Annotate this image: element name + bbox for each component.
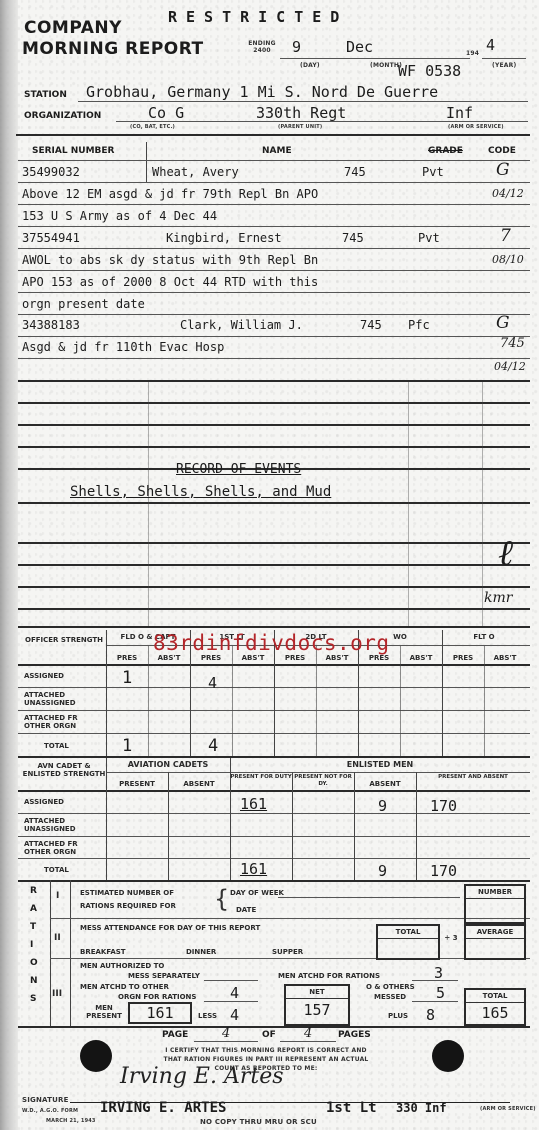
em-assigned-present-for-duty: 161 — [240, 795, 267, 813]
classification-stamp: RESTRICTED — [168, 8, 348, 26]
section-i-label-2: RATIONS REQUIRED FOR — [80, 902, 176, 910]
others-messed-value: 5 — [436, 984, 445, 1002]
date-underline — [280, 58, 470, 59]
initials-flourish: ℓ — [498, 536, 513, 572]
group-aviation-cadets: AVIATION CADETS — [106, 761, 230, 769]
col-present-and-absent: PRESENT AND ABSENT — [416, 774, 530, 781]
header-divider — [16, 134, 530, 136]
em-total-present-for-duty: 161 — [240, 860, 267, 878]
average-box: AVERAGE — [464, 924, 526, 960]
website-watermark: 83rdinfdivdocs.org — [153, 631, 390, 655]
atchd-other-label-1: MEN ATCHD TO OTHER — [80, 983, 169, 991]
organization-label: ORGANIZATION — [24, 111, 101, 121]
service-caption: (ARM OR SERVICE) — [480, 1106, 536, 1112]
rations-side-label: R A T I O N S — [30, 886, 42, 1004]
page-number: 4 — [222, 1026, 230, 1041]
col-header-serial: SERIAL NUMBER — [32, 146, 114, 156]
fld-capt-assigned-pres: 1 — [122, 668, 132, 688]
rule-line — [18, 160, 530, 161]
entry-remark: APO 153 as of 2000 8 Oct 44 RTD with thi… — [22, 275, 318, 289]
sub-pres: PRES — [106, 654, 148, 662]
rule-line — [18, 424, 530, 426]
report-day: 9 — [292, 38, 301, 56]
station-underline — [78, 101, 528, 102]
row-label-assigned: ASSIGNED — [24, 798, 64, 806]
officer-strength-title: OFFICER STRENGTH — [22, 636, 106, 644]
total-box: TOTAL — [376, 924, 440, 960]
col-present: PRESENT — [106, 780, 168, 788]
entry-name: Clark, William J. — [180, 318, 303, 332]
net-value: 157 — [286, 999, 348, 1021]
day-caption: (DAY) — [300, 62, 320, 69]
breakfast-label: BREAKFAST — [80, 948, 126, 956]
others-messed-label-2: MESSED — [374, 993, 406, 1001]
rule-line — [18, 314, 530, 315]
rule-line — [18, 402, 530, 404]
rule-line — [18, 248, 530, 249]
rule-line — [18, 204, 530, 205]
morning-report-page: COMPANY MORNING REPORT RESTRICTED ENDING… — [0, 0, 539, 1130]
number-label: NUMBER — [466, 886, 524, 899]
signer-name: IRVING E. ARTES — [100, 1100, 226, 1116]
entry-remark: Above 12 EM asgd & jd fr 79th Repl Bn AP… — [22, 187, 318, 201]
entry-grade: Pvt — [422, 165, 444, 179]
pages-label: PAGES — [338, 1030, 371, 1040]
plus-label: PLUS — [388, 1012, 408, 1020]
org-caption-parent: (PARENT UNIT) — [278, 124, 322, 130]
col-present-for-duty: PRESENT FOR DUTY — [230, 774, 292, 781]
rule-line — [18, 292, 530, 293]
page-label: PAGE — [162, 1030, 188, 1040]
mess-attendance-label: MESS ATTENDANCE FOR DAY OF THIS REPORT — [80, 924, 260, 932]
men-present-label: MEN PRESENT — [84, 1004, 124, 1020]
sub-abst: ABS'T — [400, 654, 442, 662]
entry-mos: 745 — [344, 165, 366, 179]
org-arm: Inf — [446, 104, 473, 122]
men-present-box: 161 — [128, 1002, 192, 1024]
date-label: DATE — [236, 906, 256, 914]
auth-separately-label-1: MEN AUTHORIZED TO — [80, 962, 164, 970]
entry-grade: Pvt — [418, 231, 440, 245]
row-label-total: TOTAL — [44, 866, 69, 874]
entry-name: Kingbird, Ernest — [166, 231, 282, 245]
entry-code: 04/12 — [492, 187, 524, 200]
entry-remark: AWOL to abs sk dy status with 9th Repl B… — [22, 253, 318, 267]
entry-serial: 34388183 — [22, 318, 80, 332]
page-total: 4 — [304, 1026, 312, 1041]
sub-abst: ABS'T — [148, 654, 190, 662]
net-label: NET — [286, 986, 348, 999]
certify-line-2: THAT RATION FIGURES IN PART III REPRESEN… — [144, 1056, 388, 1063]
entry-mos: 745 — [360, 318, 382, 332]
section-i-numeral: I — [56, 892, 59, 900]
sub-pres: PRES — [190, 654, 232, 662]
record-of-events-heading: RECORD OF EVENTS — [176, 462, 301, 477]
file-code: WF 0538 — [398, 62, 461, 80]
entry-name: Wheat, Avery — [152, 165, 239, 179]
entry-serial: 37554941 — [22, 231, 80, 245]
less-value: 4 — [230, 1006, 239, 1024]
col-header-name: NAME — [262, 146, 292, 156]
sub-pres: PRES — [442, 654, 484, 662]
rule-line — [18, 182, 530, 183]
station-value: Grobhau, Germany 1 Mi S. Nord De Guerre — [86, 83, 438, 101]
col-header-grade: GRADE — [428, 146, 463, 156]
year-caption: (YEAR) — [492, 62, 516, 69]
entry-code: 08/10 — [492, 253, 524, 266]
row-label-attached-other: ATTACHED FR OTHER ORGN — [24, 840, 100, 856]
entry-serial: 35499032 — [22, 165, 80, 179]
entry-code: 04/12 — [494, 360, 526, 373]
em-assigned-absent: 9 — [378, 797, 387, 815]
row-label-assigned: ASSIGNED — [24, 672, 64, 680]
scan-edge-shadow — [0, 0, 18, 1130]
column-guide — [408, 382, 409, 626]
em-total-present-and-absent: 170 — [430, 862, 457, 880]
rule-line — [18, 626, 530, 628]
org-company: Co G — [148, 104, 184, 122]
men-present-value: 161 — [130, 1004, 190, 1022]
rule-line — [18, 358, 530, 359]
total-rations-label: TOTAL — [466, 990, 524, 1003]
column-guide — [148, 382, 149, 626]
atchd-other-value: 4 — [230, 984, 239, 1002]
col-present-not-for-duty: PRESENT NOT FOR DY. — [292, 774, 354, 788]
entry-code: G — [496, 313, 510, 333]
em-total-absent: 9 — [378, 862, 387, 880]
atchd-other-label-2: ORGN FOR RATIONS — [118, 993, 196, 1001]
col-absent: ABSENT — [168, 780, 230, 788]
serial-name-divider — [146, 142, 147, 182]
em-assigned-present-and-absent: 170 — [430, 797, 457, 815]
handwritten-initials: kmr — [484, 590, 512, 606]
section-ii-numeral: II — [54, 934, 61, 942]
entry-remark: 153 U S Army as of 4 Dec 44 — [22, 209, 217, 223]
of-label: OF — [262, 1030, 276, 1040]
entry-mos: 745 — [342, 231, 364, 245]
total-rations-value: 165 — [466, 1003, 524, 1023]
punch-hole-left — [80, 1040, 112, 1072]
signature-label: SIGNATURE — [22, 1096, 69, 1104]
sub-pres: PRES — [358, 654, 400, 662]
rule-line — [18, 380, 530, 382]
sub-abst: ABS'T — [484, 654, 526, 662]
1st-lt-total-pres: 4 — [208, 736, 218, 756]
sub-abst: ABS'T — [232, 654, 274, 662]
record-of-events-text: Shells, Shells, Shells, and Mud — [70, 484, 331, 500]
row-label-attached-other: ATTACHED FR OTHER ORGN — [24, 714, 100, 730]
atchd-for-rations-label: MEN ATCHD FOR RATIONS — [278, 972, 380, 980]
year-underline — [482, 58, 526, 59]
handwritten-signature: Irving E. Artes — [120, 1064, 284, 1089]
signer-unit: 330 Inf — [396, 1101, 447, 1115]
enlisted-strength-table: AVN CADET & ENLISTED STRENGTH AVIATION C… — [18, 758, 530, 880]
signer-rank: 1st Lt — [326, 1100, 377, 1116]
rule-line — [18, 586, 530, 588]
rule-line — [18, 270, 530, 271]
rations-section: R A T I O N S I ESTIMATED NUMBER OF RATI… — [18, 880, 530, 1026]
rule-line — [18, 226, 530, 227]
rule-line — [18, 608, 530, 610]
report-month: Dec — [346, 38, 373, 56]
section-i-label-1: ESTIMATED NUMBER OF — [80, 889, 174, 897]
group-enlisted-men: ENLISTED MEN — [230, 761, 530, 769]
form-id-line-2: MARCH 21, 1943 — [46, 1118, 96, 1124]
form-id-line-1: W.D., A.G.O. FORM — [22, 1108, 78, 1114]
year-prefix: 194 — [466, 50, 479, 57]
others-messed-label-1: O & OTHERS — [366, 983, 415, 991]
row-label-attached-unassigned: ATTACHED UNASSIGNED — [24, 817, 100, 833]
auth-separately-label-2: MESS SEPARATELY — [128, 972, 200, 980]
row-label-total: TOTAL — [44, 742, 69, 750]
rule-line — [18, 564, 530, 566]
dinner-label: DINNER — [186, 948, 216, 956]
org-caption-company: (CO, BAT, ETC.) — [130, 124, 175, 130]
org-caption-arm: (ARM OR SERVICE) — [448, 124, 504, 130]
entry-code: 745 — [500, 336, 525, 351]
org-regiment: 330th Regt — [256, 104, 346, 122]
total-label: TOTAL — [378, 926, 438, 939]
brace-glyph: { — [214, 886, 229, 912]
entry-grade: Pfc — [408, 318, 430, 332]
day-of-week-label: DAY OF WEEK — [230, 889, 284, 897]
enlisted-strength-title: AVN CADET & ENLISTED STRENGTH — [22, 762, 106, 778]
rule-line — [18, 502, 530, 504]
entry-remark: orgn present date — [22, 297, 145, 311]
rule-line — [18, 336, 530, 337]
row-label-attached-unassigned: ATTACHED UNASSIGNED — [24, 691, 100, 707]
rule-line — [18, 542, 530, 544]
total-rations-box: TOTAL 165 — [464, 988, 526, 1026]
net-box: NET 157 — [284, 984, 350, 1026]
station-label: STATION — [24, 90, 67, 100]
average-label: AVERAGE — [466, 926, 524, 939]
section-iii-numeral: III — [52, 990, 62, 998]
fld-capt-total-pres: 1 — [122, 736, 132, 756]
column-guide — [482, 382, 483, 626]
entry-remark: Asgd & jd fr 110th Evac Hosp — [22, 340, 224, 354]
1st-lt-assigned-pres: 4 — [208, 674, 217, 692]
entry-code: 7 — [500, 226, 511, 246]
col-em-absent: ABSENT — [354, 780, 416, 788]
divide-by-three: ÷ 3 — [444, 934, 458, 942]
form-title-morning-report: MORNING REPORT — [22, 39, 204, 59]
group-flt-o: FLT O — [442, 633, 526, 641]
copy-note: NO COPY THRU MRU OR SCU — [200, 1118, 317, 1126]
ending-label: ENDING 2400 — [248, 40, 276, 54]
col-header-code: CODE — [488, 146, 516, 156]
certify-line-1: I CERTIFY THAT THIS MORNING REPORT IS CO… — [144, 1047, 388, 1054]
rule-line — [18, 446, 530, 448]
less-label: LESS — [198, 1012, 217, 1020]
punch-hole-right — [432, 1040, 464, 1072]
supper-label: SUPPER — [272, 948, 303, 956]
sub-abst: ABS'T — [316, 654, 358, 662]
number-box: NUMBER — [464, 884, 526, 924]
sub-pres: PRES — [274, 654, 316, 662]
plus-value: 8 — [426, 1006, 435, 1024]
form-title-company: COMPANY — [24, 18, 122, 38]
entry-code: G — [496, 160, 510, 180]
report-year-digit: 4 — [486, 36, 495, 54]
